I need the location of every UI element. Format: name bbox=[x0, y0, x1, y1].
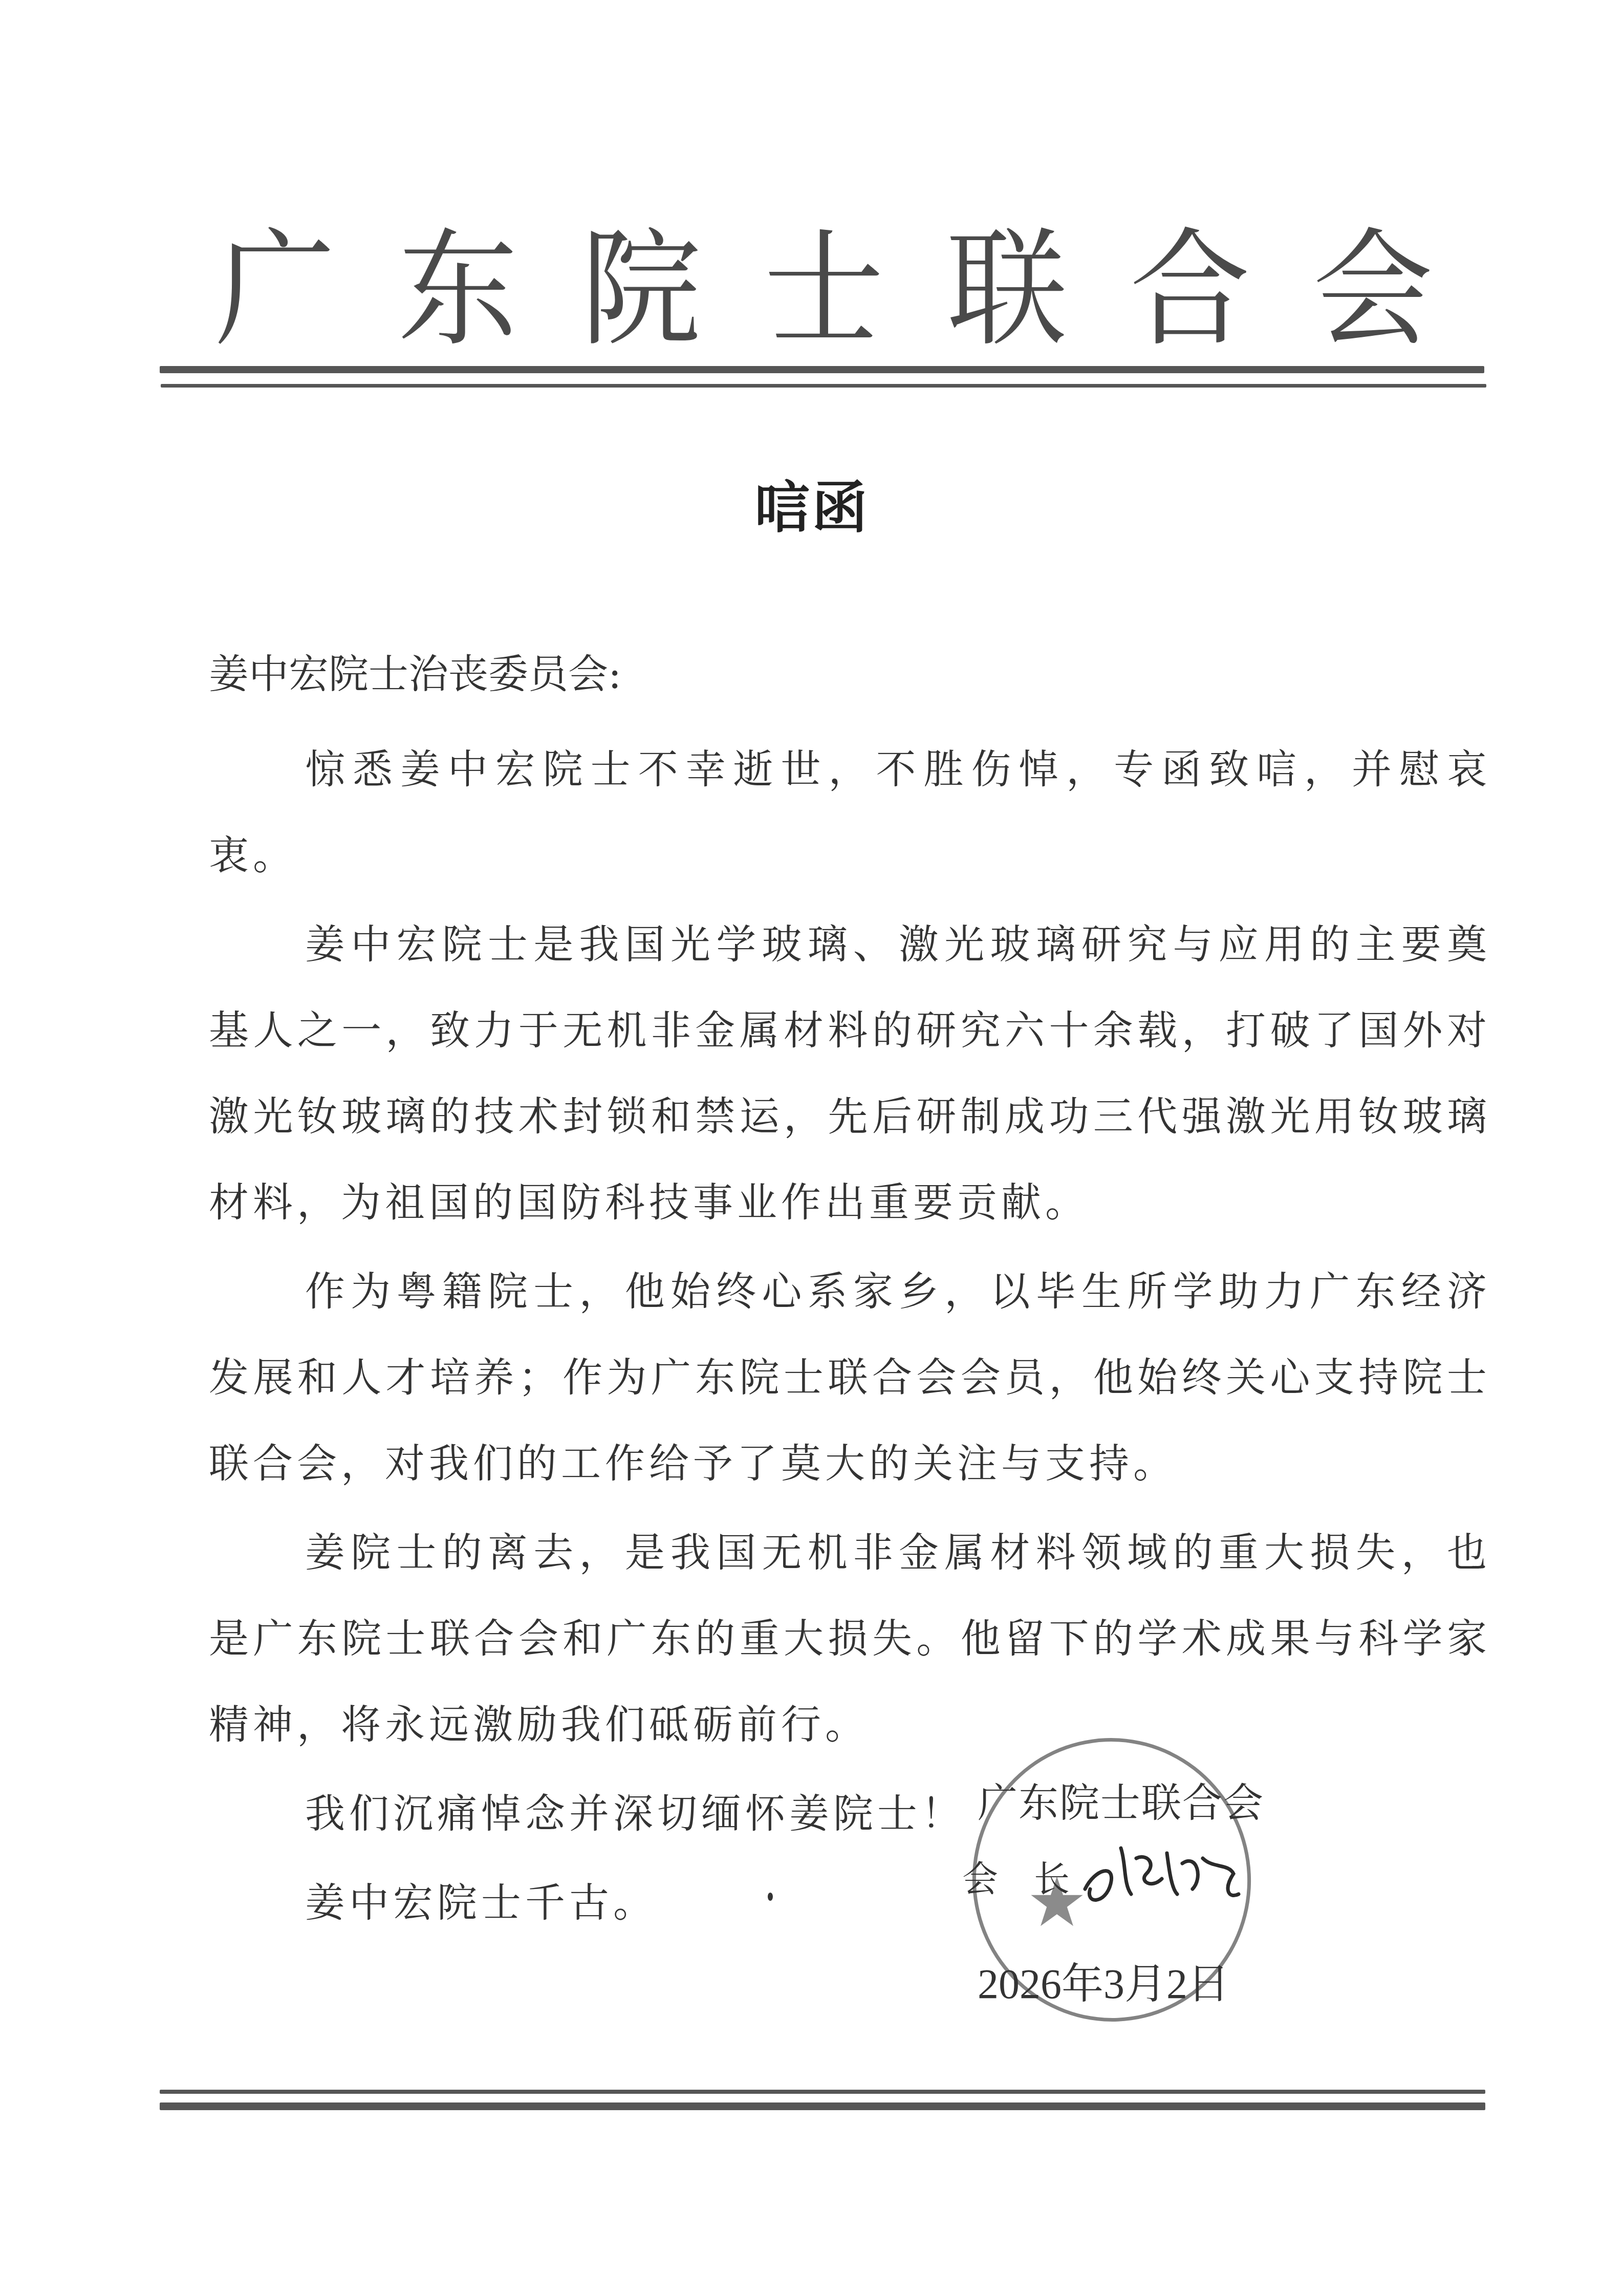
letterhead-char: 东 bbox=[398, 188, 518, 370]
letterhead-char: 合 bbox=[1130, 188, 1250, 370]
handwritten-signature-icon bbox=[1075, 1833, 1244, 1909]
scan-speck bbox=[768, 1893, 773, 1901]
letterhead-char: 会 bbox=[1313, 188, 1433, 370]
signature-organization: 广东院士联合会 bbox=[978, 1771, 1264, 1829]
paragraph: 惊悉姜中宏院士不幸逝世，不胜伤悼，专函致唁，并慰哀衷。 bbox=[209, 727, 1491, 899]
salutation: 姜中宏院士治丧委员会: bbox=[209, 642, 621, 700]
footer-divider-thick bbox=[160, 2102, 1485, 2110]
signature-block: 广东院士联合会 会长 2026年3月2日 bbox=[962, 1730, 1372, 2037]
signature-date: 2026年3月2日 bbox=[978, 1950, 1229, 2010]
footer-divider-thin bbox=[160, 2090, 1485, 2094]
document-title: 唁函 bbox=[0, 463, 1624, 543]
header-divider-thick bbox=[160, 366, 1484, 373]
letterhead-char: 院 bbox=[581, 188, 701, 370]
letterhead-char: 士 bbox=[764, 188, 884, 370]
letterhead-char: 联 bbox=[947, 188, 1067, 370]
letterhead-organization-name: 广 东 院 士 联 合 会 bbox=[215, 202, 1433, 356]
letterhead-char: 广 bbox=[215, 188, 335, 370]
paragraph: 作为粤籍院士，他始终心系家乡，以毕生所学助力广东经济发展和人才培养；作为广东院士… bbox=[209, 1249, 1491, 1507]
paragraph: 姜院士的离去，是我国无机非金属材料领域的重大损失，也是广东院士联合会和广东的重大… bbox=[209, 1510, 1491, 1768]
header-divider-thin bbox=[161, 384, 1486, 388]
paragraph: 姜中宏院士是我国光学玻璃、激光玻璃研究与应用的主要奠基人之一，致力于无机非金属材… bbox=[209, 902, 1491, 1246]
